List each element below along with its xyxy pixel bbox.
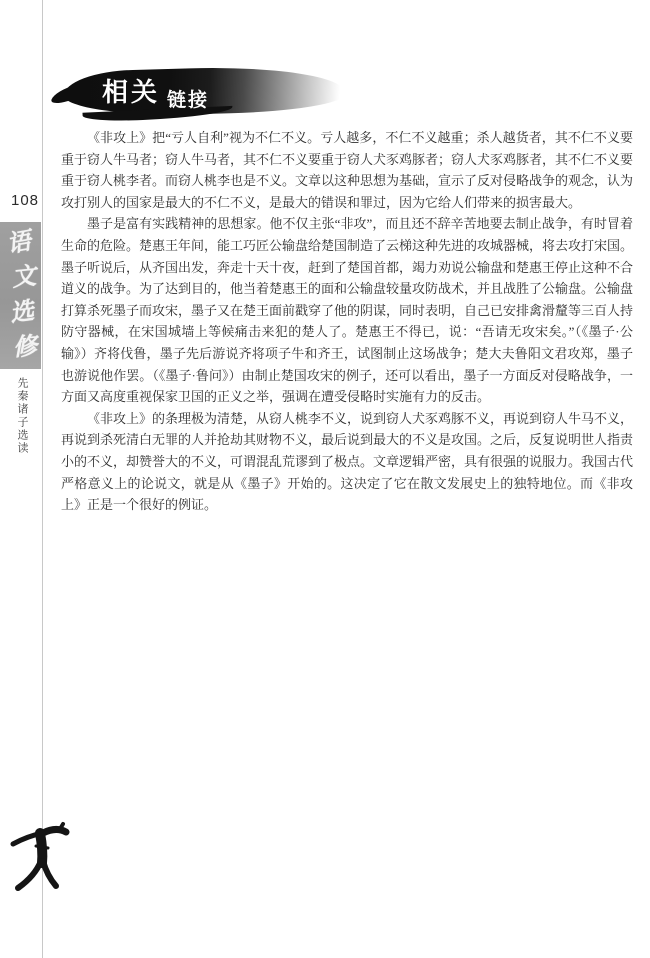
series-title-char: 语 bbox=[5, 230, 33, 258]
series-title-char: 选 bbox=[8, 299, 35, 326]
series-title-block: 语 文 选 修 bbox=[0, 222, 41, 369]
page-margin-rule bbox=[42, 0, 43, 958]
series-title-char: 修 bbox=[12, 335, 38, 361]
book-subtitle-vertical: 先秦诸子选读 bbox=[14, 377, 30, 467]
banner-title: 相关链接 bbox=[102, 72, 202, 109]
series-title-char: 文 bbox=[10, 265, 36, 291]
banner-title-main: 相关 bbox=[102, 78, 160, 107]
paragraph: 墨子是富有实践精神的思想家。他不仅主张“非攻”，而且还不辞辛苦地要去制止战争，有… bbox=[61, 213, 633, 407]
ink-seal-figure-icon bbox=[10, 820, 70, 892]
related-links-banner: 相关链接 bbox=[58, 62, 344, 120]
page-number: 108 bbox=[9, 192, 41, 209]
article-body: 《非攻上》把“亏人自利”视为不仁不义。亏人越多，不仁不义越重；杀人越货者，其不仁… bbox=[61, 127, 633, 516]
paragraph: 《非攻上》的条理极为清楚，从窃人桃李不义，说到窃人犬豕鸡豚不义，再说到窃人牛马不… bbox=[61, 408, 633, 516]
paragraph: 《非攻上》把“亏人自利”视为不仁不义。亏人越多，不仁不义越重；杀人越货者，其不仁… bbox=[61, 127, 633, 213]
banner-title-sub: 链接 bbox=[167, 90, 209, 111]
